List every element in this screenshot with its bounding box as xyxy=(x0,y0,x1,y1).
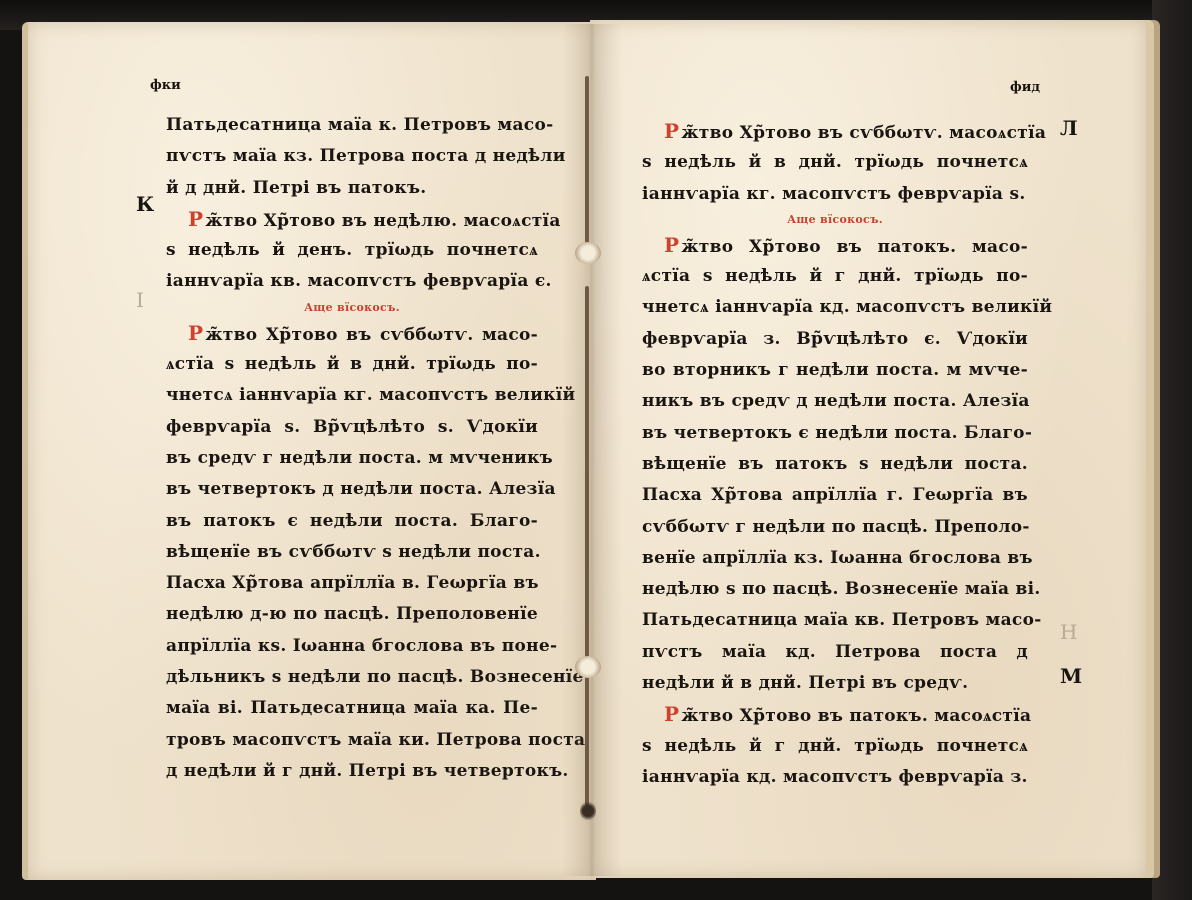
right-margin-letter-ghost: Н xyxy=(1060,620,1077,644)
red-initial: Р xyxy=(664,702,679,726)
gutter-shadow xyxy=(562,24,622,876)
text-line: никъ въ средѵ д недѣли поста. Алезїа xyxy=(642,386,1028,417)
open-book: фки К І Патьдесатница маїа к. Петровъ ма… xyxy=(22,16,1167,876)
text-line: вѣщенїе въ патокъ ѕ недѣли поста. xyxy=(642,449,1028,480)
text-line: іаннѵарїа кг. масопѵстъ феврѵарїа ѕ. xyxy=(642,179,1028,210)
right-text-block: Рж̃тво Хр̃тово въ сѵббωтѵ. масоѧстїа ѕ н… xyxy=(642,116,1028,793)
text-line: дѣльникъ ѕ недѣли по пасцѣ. Вознесенїе xyxy=(166,662,538,693)
right-margin-letter-m: М xyxy=(1060,664,1082,688)
text-line: въ четвертокъ д недѣли поста. Алезїа xyxy=(166,474,538,505)
text-line: іаннѵарїа кд. масопѵстъ феврѵарїа з. xyxy=(642,762,1028,793)
text-line: во вторникъ г недѣли поста. м мѵче- xyxy=(642,355,1028,386)
text-line: й д днй. Петрі въ патокъ. xyxy=(166,173,538,204)
text-line: пѵстъ маїа кз. Петрова поста д недѣли xyxy=(166,141,538,172)
binding-thread xyxy=(585,76,589,246)
entry-first-line: Рж̃тво Хр̃тово въ патокъ. масо- xyxy=(642,230,1028,261)
entry-first-line: Рж̃тво Хр̃тово въ патокъ. масоѧстїа xyxy=(642,699,1028,730)
text-line: апрїллїа кѕ. Іωанна бгослова въ поне- xyxy=(166,631,538,662)
text-line: феврѵарїа з. Вр̃ѵцѣлѣто є. Ѵдокїи xyxy=(642,324,1028,355)
right-page: фид Л Н М Рж̃тво Хр̃тово въ сѵббωтѵ. мас… xyxy=(590,20,1146,878)
text-line: ѕ недѣль й г днй. трїωдь почнетсѧ xyxy=(642,731,1028,762)
entry-first-line: Рж̃тво Хр̃тово въ недѣлю. масоѧстїа xyxy=(166,204,538,235)
leap-year-subheading: Аще вїсокосъ. xyxy=(642,210,1028,230)
text-line: недѣлю д-ю по пасцѣ. Преполовенїе xyxy=(166,599,538,630)
text-line: ѧстїа ѕ недѣль й г днй. трїωдь по- xyxy=(642,261,1028,292)
text-line: вѣщенїе въ сѵббωтѵ ѕ недѣли поста. xyxy=(166,537,538,568)
left-margin-letter-ghost: І xyxy=(136,288,144,312)
text-line: недѣли й в днй. Петрі въ средѵ. xyxy=(642,668,1028,699)
text-line: недѣлю ѕ по пасцѣ. Вознесенїе маїа ві. xyxy=(642,574,1028,605)
text-line: чнетсѧ іаннѵарїа кг. масопѵстъ великїй xyxy=(166,380,538,411)
text-line: д недѣли й г днй. Петрі въ четвертокъ. xyxy=(166,756,538,787)
text-line: Пасха Хр̃това апрїллїа в. Геωргїа въ xyxy=(166,568,538,599)
text-line: Патьдесатница маїа кв. Петровъ масо- xyxy=(642,605,1028,636)
text-line: венїе апрїллїа кз. Іωанна бгослова въ xyxy=(642,543,1028,574)
binding-knot xyxy=(575,656,601,678)
left-folio-number: фки xyxy=(150,78,181,93)
left-text-block: Патьдесатница маїа к. Петровъ масо- пѵст… xyxy=(166,110,538,787)
entry-first-line: Рж̃тво Хр̃тово въ сѵббωтѵ. масо- xyxy=(166,318,538,349)
text-line: въ патокъ є недѣли поста. Благо- xyxy=(166,506,538,537)
text-line: тровъ масопѵстъ маїа ки. Петрова поста xyxy=(166,725,538,756)
text-line: Пасха Хр̃това апрїллїа г. Геωргїа въ xyxy=(642,480,1028,511)
text-line: пѵстъ маїа кд. Петрова поста д xyxy=(642,637,1028,668)
binding-knot xyxy=(580,800,596,822)
text-line: въ четвертокъ є недѣли поста. Благо- xyxy=(642,418,1028,449)
text-line: іаннѵарїа кв. масопѵстъ феврѵарїа є. xyxy=(166,266,538,297)
red-initial: Р xyxy=(188,207,203,231)
text-line: ѕ недѣль й в днй. трїωдь почнетсѧ xyxy=(642,147,1028,178)
text-line: въ средѵ г недѣли поста. м мѵченикъ xyxy=(166,443,538,474)
text-line: Патьдесатница маїа к. Петровъ масо- xyxy=(166,110,538,141)
red-initial: Р xyxy=(664,119,679,143)
entry-first-line: Рж̃тво Хр̃тово въ сѵббωтѵ. масоѧстїа xyxy=(642,116,1028,147)
text-line: чнетсѧ іаннѵарїа кд. масопѵстъ великїй xyxy=(642,292,1028,323)
left-page: фки К І Патьдесатница маїа к. Петровъ ма… xyxy=(22,22,596,880)
text-line: сѵббωтѵ г недѣли по пасцѣ. Преполо- xyxy=(642,512,1028,543)
red-initial: Р xyxy=(188,321,203,345)
binding-knot xyxy=(575,242,601,264)
leap-year-subheading: Аще вїсокосъ. xyxy=(166,298,538,318)
text-line: ѧстїа ѕ недѣль й в днй. трїωдь по- xyxy=(166,349,538,380)
left-margin-letter-k: К xyxy=(136,192,154,216)
binding-thread xyxy=(585,286,589,666)
red-initial: Р xyxy=(664,233,679,257)
text-line: маїа ві. Патьдесатница маїа ка. Пе- xyxy=(166,693,538,724)
binding-thread xyxy=(585,676,589,806)
text-line: ѕ недѣль й денъ. трїωдь почнетсѧ xyxy=(166,235,538,266)
text-line: феврѵарїа ѕ. Вр̃ѵцѣлѣто ѕ. Ѵдокїи xyxy=(166,412,538,443)
right-folio-number: фид xyxy=(1010,80,1040,95)
right-margin-letter-l: Л xyxy=(1060,116,1078,140)
